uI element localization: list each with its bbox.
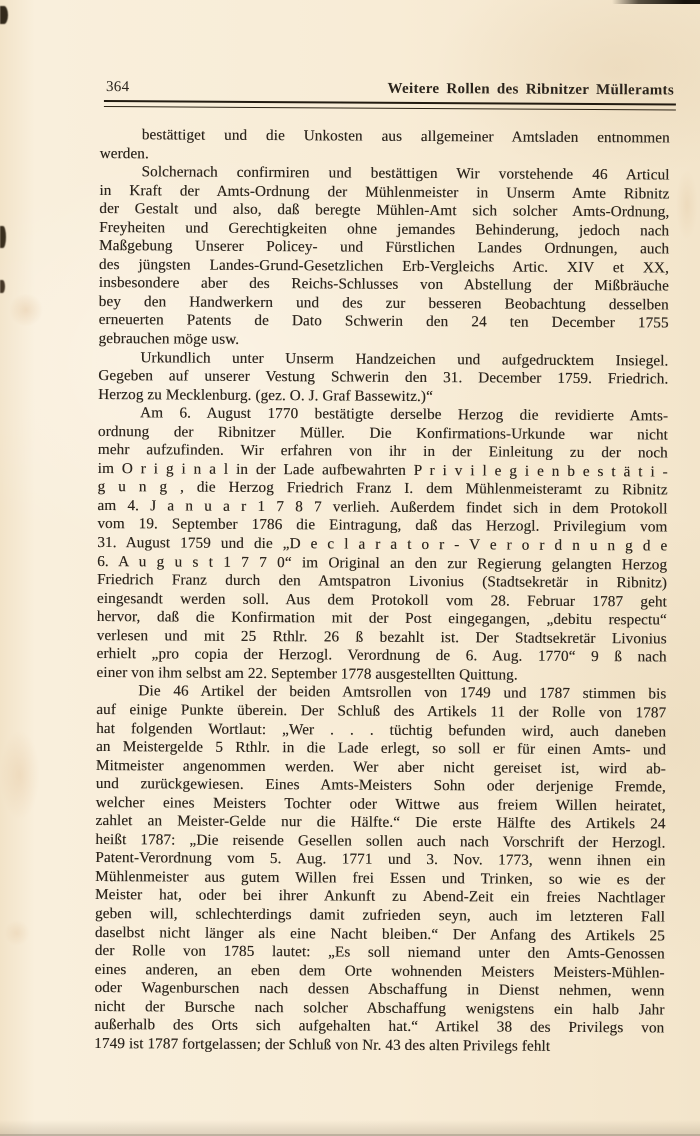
header-rule: [104, 100, 676, 110]
paragraph: bestättiget und die Unkosten aus allgeme…: [100, 126, 670, 167]
paragraph: Urkundlich unter Unserm Handzeichen und …: [98, 349, 668, 408]
text-line: 1749 ist 1787 fortgelassen; der Schluß v…: [94, 1035, 664, 1057]
body-text: bestättiget und die Unkosten aus allgeme…: [94, 126, 670, 1057]
scanned-page: 364 Weitere Rollen des Ribnitzer Müllera…: [0, 0, 700, 1136]
page-header: 364 Weitere Rollen des Ribnitzer Müllera…: [106, 79, 674, 99]
page-content: 364 Weitere Rollen des Ribnitzer Müllera…: [0, 0, 700, 1136]
paragraph: Am 6. August 1770 bestätigte derselbe He…: [96, 404, 668, 686]
text-line: bestättiget und die Unkosten aus allgeme…: [100, 126, 670, 148]
page-number: 364: [106, 79, 130, 96]
running-title: Weitere Rollen des Ribnitzer Mülleramts: [388, 81, 675, 100]
paragraph: Solchernach confirmiren und bestättigen …: [98, 163, 669, 352]
paragraph: Die 46 Artikel der beiden Amtsrollen von…: [94, 682, 666, 1056]
